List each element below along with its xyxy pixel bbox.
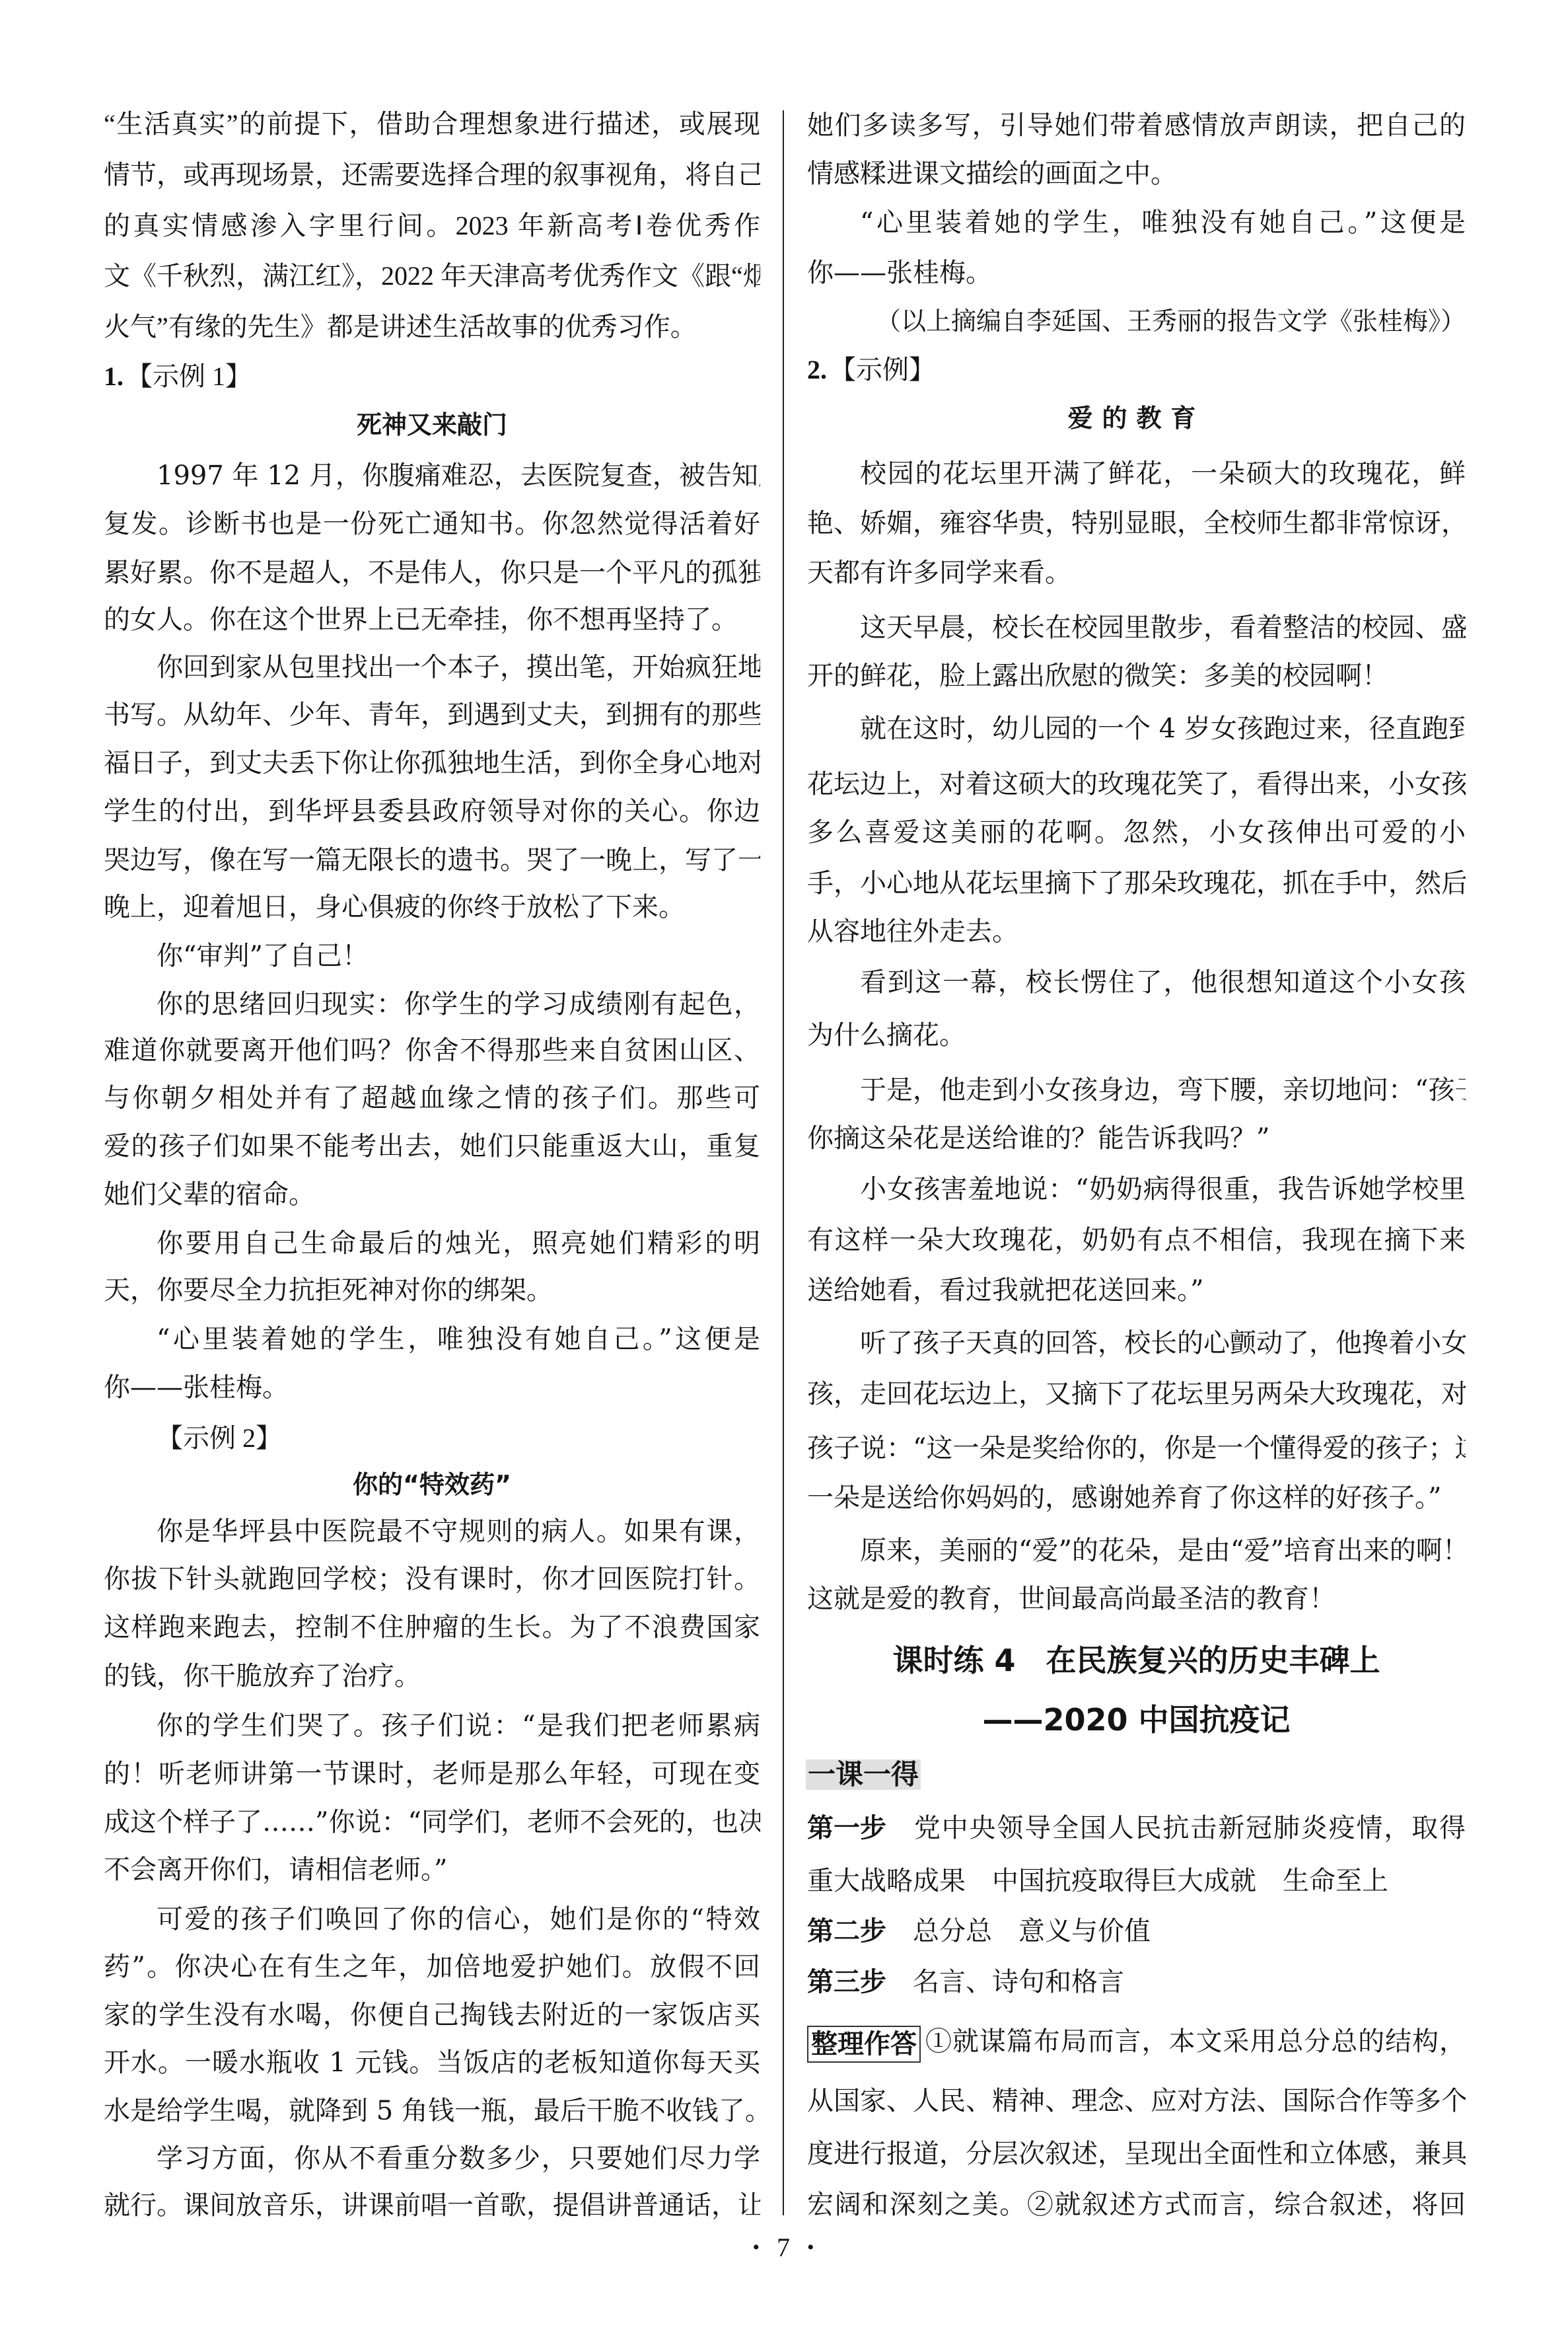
text-line: 这就是爱的教育，世间最高尚最圣洁的教育！ — [807, 1575, 1466, 1623]
text-line: 你回到家从包里找出一个本子，摸出笔，开始疯狂地 — [104, 644, 760, 691]
text-line: 复发。诊断书也是一份死亡通知书。你忽然觉得活着好 — [104, 500, 760, 548]
text-line: 天都有许多同学来看。 — [807, 549, 1466, 597]
text-line: 不会离开你们，请相信老师。” — [104, 1846, 760, 1894]
example-heading: 1.【示例 1】 — [104, 353, 760, 400]
text-line: 从容地往外走去。 — [807, 908, 1466, 955]
answer-line: 从国家、人民、精神、理念、应对方法、国际合作等多个角 — [807, 2077, 1466, 2125]
text-line: 开水。一暖水瓶收 1 元钱。当饭店的老板知道你每天买 — [104, 2039, 760, 2086]
step-label: 第一步 — [807, 1804, 886, 1852]
step-text: 党中央领导全国人民抗击新冠肺炎疫情，取得 — [913, 1813, 1466, 1843]
intro-line: 火气”有缘的先生》都是讲述生活故事的优秀习作。 — [104, 303, 760, 351]
text-line: 1997 年 12 月，你腹痛难忍，去医院复查，被告知肿瘤 — [104, 452, 760, 499]
story-title: 死神又来敲门 — [104, 401, 760, 449]
text-line: 听了孩子天真的回答，校长的心颤动了，他搀着小女 — [807, 1319, 1466, 1367]
lesson-subtitle: ——2020 中国抗疫记 — [807, 1693, 1466, 1746]
text-line: 她们父辈的宿命。 — [104, 1171, 760, 1218]
text-line: 哭边写，像在写一篇无限长的遗书。哭了一晚上，写了一 — [104, 836, 760, 884]
text-line: 手，小心地从花坛里摘下了那朵玫瑰花，抓在手中，然后 — [807, 860, 1466, 907]
text-line: 你——张桂梅。 — [807, 249, 1466, 297]
text-line: 你摘这朵花是送给谁的？能告诉我吗？” — [807, 1115, 1466, 1162]
answer-line: 宏阔和深刻之美。②就叙述方式而言，综合叙述，将回 — [807, 2181, 1466, 2229]
step-line: 重大战略成果 中国抗疫取得巨大成就 生命至上 — [807, 1857, 1466, 1905]
story-title: 爱的教育 — [807, 394, 1466, 442]
text-line: 成这个样子了……”你说：“同学们，老师不会死的，也决 — [104, 1798, 760, 1846]
intro-line: 文《千秋烈，满江红》，2022 年天津高考优秀作文《跟“烟 — [104, 252, 760, 300]
text-line: 她们多读多写，引导她们带着感情放声朗读，把自己的 — [807, 102, 1466, 149]
text-line: 小女孩害羞地说：“奶奶病得很重，我告诉她学校里 — [807, 1165, 1466, 1213]
step-line: 第二步总分总 意义与价值 — [807, 1907, 1466, 1955]
text-line: 为什么摘花。 — [807, 1012, 1466, 1059]
text-line: 你的思绪回归现实：你学生的学习成绩刚有起色， — [104, 980, 760, 1028]
text-line: 你的学生们哭了。孩子们说：“是我们把老师累病 — [104, 1702, 760, 1750]
text-line: 爱的孩子们如果不能考出去，她们只能重返大山，重复 — [104, 1123, 760, 1170]
page-number: •7• — [717, 2228, 849, 2268]
text-line: 累好累。你不是超人，不是伟人，你只是一个平凡的孤独 — [104, 549, 760, 597]
text-line: “心里装着她的学生，唯独没有她自己。”这便是 — [807, 199, 1466, 246]
answer-line: 度进行报道，分层次叙述，呈现出全面性和立体感，兼具 — [807, 2130, 1466, 2178]
intro-line: 的真实情感渗入字里行间。2023 年新高考Ⅰ卷优秀作 — [104, 202, 760, 250]
bullet-icon: • — [752, 2236, 760, 2258]
text-line: 书写。从幼年、少年、青年，到遇到丈夫，到拥有的那些幸 — [104, 691, 760, 739]
answer-label-box: 整理作答 — [807, 2026, 921, 2063]
step-label: 第二步 — [807, 1907, 886, 1955]
example-label: 【示例 2】 — [157, 1423, 282, 1453]
text-line: 与你朝夕相处并有了超越血缘之情的孩子们。那些可 — [104, 1074, 760, 1122]
example-number: 1. — [104, 361, 124, 391]
text-line: 就行。课间放音乐，讲课前唱一首歌，提倡讲普通话，让 — [104, 2182, 760, 2229]
step-label: 第三步 — [807, 1958, 886, 2006]
text-line: 开的鲜花，脸上露出欣慰的微笑：多美的校园啊！ — [807, 652, 1466, 700]
intro-line: 情节，或再现场景，还需要选择合理的叙事视角，将自己 — [104, 151, 760, 199]
intro-line: “生活真实”的前提下，借助合理想象进行描述，或展现 — [104, 100, 760, 148]
section-label: 一课一得 — [806, 1759, 921, 1790]
text-line: 校园的花坛里开满了鲜花，一朵硕大的玫瑰花，鲜 — [807, 450, 1466, 498]
textbook-page: “生活真实”的前提下，借助合理想象进行描述，或展现 情节，或再现场景，还需要选择… — [0, 0, 1568, 2325]
text-line: 这天早晨，校长在校园里散步，看着整洁的校园、盛 — [807, 604, 1466, 651]
text-line: 学习方面，你从不看重分数多少，只要她们尽力学 — [104, 2135, 760, 2182]
column-divider — [783, 110, 784, 2215]
text-line: 原来，美丽的“爱”的花朵，是由“爱”培育出来的啊！ — [807, 1527, 1466, 1574]
text-line: 难道你就要离开他们吗？你舍不得那些来自贫困山区、 — [104, 1027, 760, 1074]
text-line: 这样跑来跑去，控制不住肿瘤的生长。为了不浪费国家 — [104, 1604, 760, 1651]
step-text: 名言、诗句和格言 — [913, 1967, 1124, 1997]
text-line: 的女人。你在这个世界上已无牵挂，你不想再坚持了。 — [104, 596, 760, 644]
text-line: 你拔下针头就跑回学校；没有课时，你才回医院打针。 — [104, 1555, 760, 1603]
bullet-icon: • — [807, 2236, 814, 2258]
text-line: 的！听老师讲第一节课时，老师是那么年轻，可现在变 — [104, 1750, 760, 1798]
example-label: 【示例 1】 — [126, 361, 252, 391]
step-line: 第一步党中央领导全国人民抗击新冠肺炎疫情，取得 — [807, 1804, 1466, 1852]
answer-text: ①就谋篇布局而言，本文采用总分总的结构， — [925, 2026, 1466, 2056]
text-line: 你是华坪县中医院最不守规则的病人。如果有课， — [104, 1508, 760, 1555]
text-line: 于是，他走到小女孩身边，弯下腰，亲切地问：“孩子， — [807, 1066, 1466, 1114]
step-line: 第三步名言、诗句和格言 — [807, 1958, 1466, 2006]
example-number: 2. — [807, 355, 827, 385]
lesson-title: 课时练 4 在民族复兴的历史丰碑上 — [807, 1634, 1466, 1687]
answer-line: 整理作答①就谋篇布局而言，本文采用总分总的结构， — [807, 2018, 1466, 2065]
text-line: 的钱，你干脆放弃了治疗。 — [104, 1652, 760, 1700]
text-line: 晚上，迎着旭日，身心俱疲的你终于放松了下来。 — [104, 883, 760, 931]
text-line: 多么喜爱这美丽的花啊。忽然，小女孩伸出可爱的小 — [807, 809, 1466, 856]
source-note: （以上摘编自李延国、王秀丽的报告文学《张桂梅》） — [807, 298, 1466, 346]
text-line: 艳、娇媚，雍容华贵，特别显眼，全校师生都非常惊讶，每 — [807, 499, 1466, 547]
example-heading: 【示例 2】 — [104, 1415, 760, 1462]
text-line: 可爱的孩子们唤回了你的信心，她们是你的“特效 — [104, 1896, 760, 1943]
text-line: 家的学生没有水喝，你便自己掏钱去附近的一家饭店买 — [104, 1991, 760, 2039]
example-heading: 2.【示例】 — [807, 346, 1466, 394]
text-line: 送给她看，看过我就把花送回来。” — [807, 1267, 1466, 1314]
text-line: 就在这时，幼儿园的一个 4 岁女孩跑过来，径直跑到 — [807, 705, 1466, 753]
text-line: 天，你要尽全力抗拒死神对你的绑架。 — [104, 1267, 760, 1314]
text-line: 孩，走回花坛边上，又摘下了花坛里另两朵大玫瑰花，对 — [807, 1370, 1466, 1418]
text-line: “心里装着她的学生，唯独没有她自己。”这便是 — [104, 1315, 760, 1363]
page-number-value: 7 — [777, 2233, 790, 2262]
text-line: 你要用自己生命最后的烛光，照亮她们精彩的明 — [104, 1220, 760, 1267]
example-label: 【示例】 — [830, 355, 935, 385]
text-line: 福日子，到丈夫丢下你让你孤独地生活，到你全身心地对 — [104, 739, 760, 787]
text-line: 一朵是送给你妈妈的，感谢她养育了你这样的好孩子。” — [807, 1474, 1466, 1522]
step-text: 总分总 意义与价值 — [913, 1916, 1151, 1946]
story-title: 你的“特效药” — [104, 1461, 760, 1508]
text-line: 你“审判”了自己！ — [104, 932, 760, 980]
text-line: 你——张桂梅。 — [104, 1364, 760, 1411]
text-line: 水是给学生喝，就降到 5 角钱一瓶，最后干脆不收钱了。 — [104, 2087, 760, 2135]
text-line: 花坛边上，对着这硕大的玫瑰花笑了，看得出来，小女孩 — [807, 760, 1466, 808]
text-line: 看到这一幕，校长愣住了，他很想知道这个小女孩 — [807, 959, 1466, 1006]
text-line: 学生的付出，到华坪县委县政府领导对你的关心。你边 — [104, 788, 760, 835]
text-line: 药”。你决心在有生之年，加倍地爱护她们。放假不回 — [104, 1943, 760, 1991]
text-line: 有这样一朵大玫瑰花，奶奶有点不相信，我现在摘下来 — [807, 1216, 1466, 1264]
text-line: 孩子说：“这一朵是奖给你的，你是一个懂得爱的孩子；这 — [807, 1424, 1466, 1472]
text-line: 情感糅进课文描绘的画面之中。 — [807, 150, 1466, 198]
